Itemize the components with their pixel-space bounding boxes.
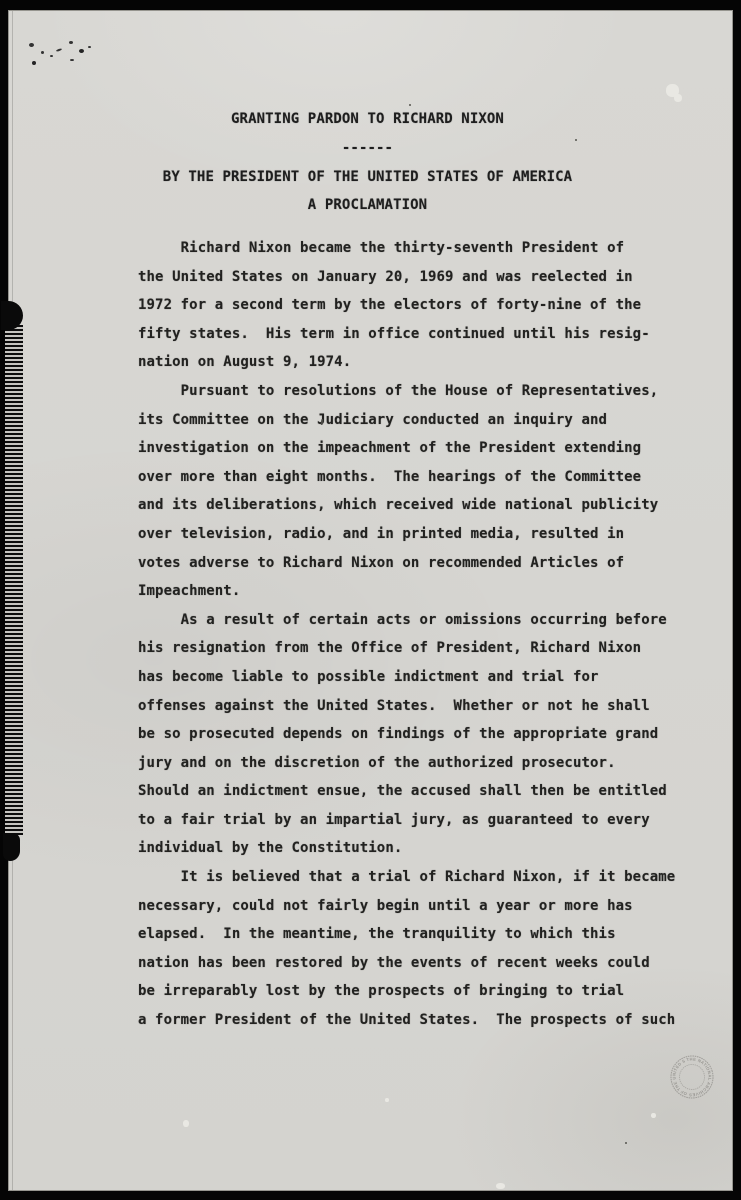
proclamation-label: A PROCLAMATION: [9, 191, 726, 220]
film-sprocket-strip: [5, 325, 23, 835]
ink-speck: [50, 55, 53, 57]
ink-speck: [575, 139, 577, 141]
paper-blemish: [385, 1098, 389, 1102]
paper-blemish: [183, 1120, 189, 1127]
document-byline: BY THE PRESIDENT OF THE UNITED STATES OF…: [9, 163, 726, 192]
ink-speck: [409, 104, 411, 106]
title-divider: ------: [9, 134, 726, 163]
ink-speck: [41, 51, 44, 54]
text-line: to a fair trial by an impartial jury, as…: [138, 806, 675, 835]
national-archives-stamp: THE NATIONAL ARCHIVES OF THE UNITED STAT…: [652, 1037, 733, 1118]
text-line: investigation on the impeachment of the …: [138, 434, 675, 463]
text-line: has become liable to possible indictment…: [138, 663, 675, 692]
text-line: Richard Nixon became the thirty-seventh …: [138, 234, 675, 263]
film-strip-end-bottom: [3, 833, 20, 861]
paper-blemish: [496, 1183, 505, 1189]
document-page: GRANTING PARDON TO RICHARD NIXON ------ …: [8, 10, 733, 1191]
ink-speck: [29, 43, 34, 47]
text-line: votes adverse to Richard Nixon on recomm…: [138, 549, 675, 578]
document-body: Richard Nixon became the thirty-seventh …: [138, 234, 675, 1035]
text-line: elapsed. In the meantime, the tranquilit…: [138, 920, 675, 949]
text-line: fifty states. His term in office continu…: [138, 320, 675, 349]
text-line: jury and on the discretion of the author…: [138, 749, 675, 778]
ink-speck: [32, 61, 36, 65]
text-line: offenses against the United States. Whet…: [138, 692, 675, 721]
text-line: individual by the Constitution.: [138, 834, 675, 863]
text-line: necessary, could not fairly begin until …: [138, 892, 675, 921]
ink-speck: [88, 46, 91, 48]
ink-speck: [70, 59, 74, 61]
text-line: Impeachment.: [138, 577, 675, 606]
text-line: over television, radio, and in printed m…: [138, 520, 675, 549]
text-line: As a result of certain acts or omissions…: [138, 606, 675, 635]
text-line: nation has been restored by the events o…: [138, 949, 675, 978]
text-line: the United States on January 20, 1969 an…: [138, 263, 675, 292]
text-line: and its deliberations, which received wi…: [138, 491, 675, 520]
text-line: his resignation from the Office of Presi…: [138, 634, 675, 663]
text-line: a former President of the United States.…: [138, 1006, 675, 1035]
text-line: nation on August 9, 1974.: [138, 348, 675, 377]
paper-blemish: [674, 94, 682, 102]
ink-speck: [69, 41, 73, 44]
document-heading: GRANTING PARDON TO RICHARD NIXON ------ …: [9, 105, 726, 220]
text-line: Pursuant to resolutions of the House of …: [138, 377, 675, 406]
ink-speck: [79, 49, 84, 53]
text-line: be so prosecuted depends on findings of …: [138, 720, 675, 749]
text-line: Should an indictment ensue, the accused …: [138, 777, 675, 806]
text-line: its Committee on the Judiciary conducted…: [138, 406, 675, 435]
text-line: be irreparably lost by the prospects of …: [138, 977, 675, 1006]
ink-speck: [625, 1142, 627, 1144]
paper-blemish: [651, 1113, 656, 1118]
text-line: 1972 for a second term by the electors o…: [138, 291, 675, 320]
text-line: over more than eight months. The hearing…: [138, 463, 675, 492]
text-line: It is believed that a trial of Richard N…: [138, 863, 675, 892]
document-scan: GRANTING PARDON TO RICHARD NIXON ------ …: [0, 0, 741, 1200]
document-title: GRANTING PARDON TO RICHARD NIXON: [9, 105, 726, 134]
